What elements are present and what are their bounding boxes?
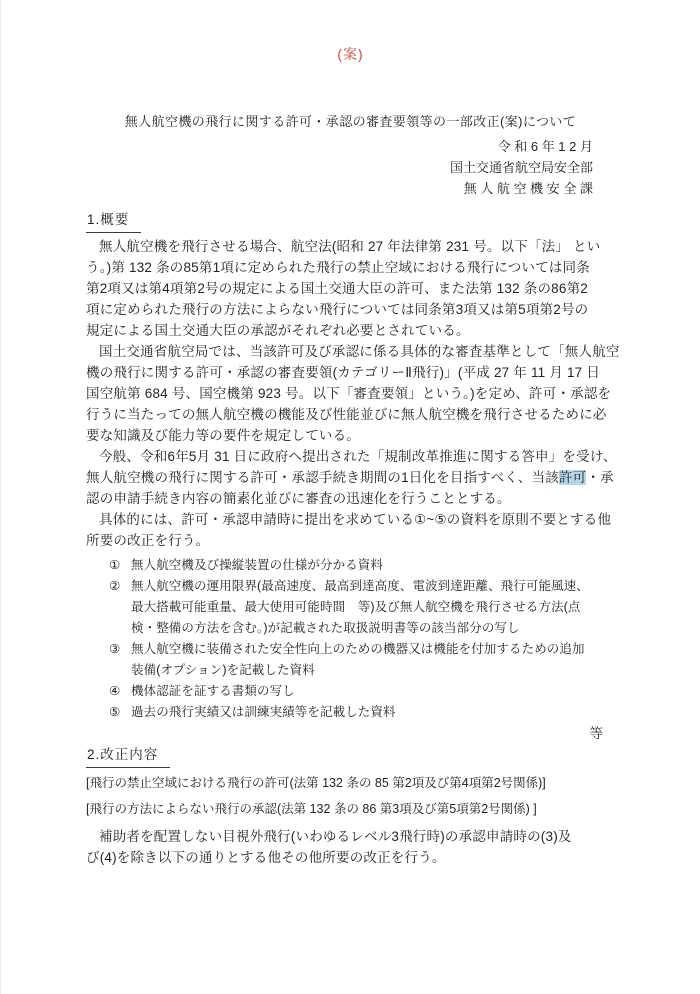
paragraph-line: 認の申請手続き内容の簡素化並びに審査の迅速化を行うこととする。: [86, 488, 615, 509]
line-post-text: ・承: [586, 470, 613, 485]
list-item-2-marker: ②: [86, 576, 131, 639]
overview-paragraph-3: 今般、令和6年5月 31 日に政府へ提出された「規制改革推進に関する答申」を受け…: [86, 446, 615, 509]
list-item-4-text: 機体認証を証する書類の写し: [131, 681, 615, 702]
list-item-2: ② 無人航空機の運用限界(最高速度、最高到達高度、電波到達距離、飛行可能風速、最…: [86, 576, 615, 639]
overview-paragraph-2: 国土交通省航空局では、当該許可及び承認に係る具体的な審査基準として「無人航空機の…: [86, 341, 615, 446]
paragraph-line: 無人航空機を飛行させる場合、航空法(昭和 27 年法律第 231 号。以下「法」…: [86, 236, 615, 257]
list-item-5-text: 過去の飛行実績又は訓練実績等を記載した資料: [131, 702, 615, 723]
line-pre-text: 無人航空機の飛行に関する許可・承認手続き期間の1日化を目指すべく、当該: [86, 470, 559, 485]
paragraph-line: 具体的には、許可・承認申請時に提出を求めている①~⑤の資料を原則不要とする他: [86, 509, 615, 530]
doc-date: 令 和 6 年 1 2 月: [86, 136, 593, 157]
paragraph-line: 無人航空機に装備された安全性向上のための機器又は機能を付加するための追加: [131, 639, 615, 660]
amendment-paragraph: 補助者を配置しない目視外飛行(いわゆるレベル3飛行時)の承認申請時の(3)及び(…: [86, 826, 615, 868]
paragraph-line: 最大搭載可能重量、最大使用可能時間 等)及び無人航空機を飛行させる方法(点: [131, 597, 615, 618]
section1-heading-text: 1.概要: [86, 209, 141, 233]
list-item-2-text: 無人航空機の運用限界(最高速度、最高到達高度、電波到達距離、飛行可能風速、最大搭…: [131, 576, 615, 639]
doc-org-division: 無 人 航 空 機 安 全 課: [86, 178, 593, 199]
paragraph-line: 過去の飛行実績又は訓練実績等を記載した資料: [131, 702, 615, 723]
overview-paragraph-4: 具体的には、許可・承認申請時に提出を求めている①~⑤の資料を原則不要とする他所要…: [86, 509, 615, 551]
section1-heading: 1.概要: [86, 209, 615, 233]
document-title: 無人航空機の飛行に関する許可・承認の審査要領等の一部改正(案)について: [86, 111, 615, 132]
amendment-scope-approval: [飛行の方法によらない飛行の承認(法第 132 条の 86 第3項及び第5項第2…: [86, 799, 615, 820]
paragraph-line: 項に定められた飛行の方法によらない飛行については同条第3項又は第5項第2号の: [86, 299, 615, 320]
list-item-3-marker: ③: [86, 639, 131, 681]
list-item-3: ③ 無人航空機に装備された安全性向上のための機器又は機能を付加するための追加装備…: [86, 639, 615, 681]
paragraph-line: 所要の改正を行う。: [86, 530, 615, 551]
list-item-1-text: 無人航空機及び操縦装置の仕様が分かる資料: [131, 555, 615, 576]
paragraph-line: 無人航空機の運用限界(最高速度、最高到達高度、電波到達距離、飛行可能風速、: [131, 576, 615, 597]
document-page: (案) 無人航空機の飛行に関する許可・承認の審査要領等の一部改正(案)について …: [0, 0, 700, 994]
section2-heading: 2.改正内容: [86, 744, 615, 768]
etc-label: 等: [86, 723, 615, 744]
section2-heading-text: 2.改正内容: [86, 744, 170, 768]
list-item-3-text: 無人航空機に装備された安全性向上のための機器又は機能を付加するための追加装備(オ…: [131, 639, 615, 681]
paragraph-line: 装備(オプション)を記載した資料: [131, 660, 615, 681]
document-numbered-list: ① 無人航空機及び操縦装置の仕様が分かる資料 ② 無人航空機の運用限界(最高速度…: [86, 555, 615, 723]
highlighted-text: 許可: [559, 470, 586, 485]
amendment-scope-permission: [飛行の禁止空域における飛行の許可(法第 132 条の 85 第2項及び第4項第…: [86, 773, 615, 794]
paragraph-line: 国空航第 684 号、国空機第 923 号。以下「審査要領」という。)を定め、許…: [86, 383, 615, 404]
doc-org-department: 国土交通省航空局安全部: [86, 157, 593, 178]
paragraph-line: う。)第 132 条の85第1項に定められた飛行の禁止空域における飛行については…: [86, 257, 615, 278]
paragraph-line: び(4)を除き以下の通りとする他その他所要の改正を行う。: [86, 847, 615, 868]
paragraph-line: 検・整備の方法を含む。)が記載された取扱説明書等の該当部分の写し: [131, 618, 615, 639]
document-meta: 令 和 6 年 1 2 月 国土交通省航空局安全部 無 人 航 空 機 安 全 …: [86, 136, 593, 199]
paragraph-line: 行うに当たっての無人航空機の機能及び性能並びに無人航空機を飛行させるために必: [86, 404, 615, 425]
paragraph-line: 国土交通省航空局では、当該許可及び承認に係る具体的な審査基準として「無人航空: [86, 341, 615, 362]
paragraph-line: 規定による国土交通大臣の承認がそれぞれ必要とされている。: [86, 320, 615, 341]
paragraph-line: 今般、令和6年5月 31 日に政府へ提出された「規制改革推進に関する答申」を受け…: [86, 446, 615, 467]
list-item-1: ① 無人航空機及び操縦装置の仕様が分かる資料: [86, 555, 615, 576]
list-item-1-marker: ①: [86, 555, 131, 576]
paragraph-line: 機体認証を証する書類の写し: [131, 681, 615, 702]
draft-label: (案): [86, 44, 615, 65]
paragraph-line: 第2項又は第4項第2号の規定による国土交通大臣の許可、また法第 132 条の86…: [86, 278, 615, 299]
paragraph-line: 無人航空機及び操縦装置の仕様が分かる資料: [131, 555, 615, 576]
list-item-4-marker: ④: [86, 681, 131, 702]
list-item-5: ⑤ 過去の飛行実績又は訓練実績等を記載した資料: [86, 702, 615, 723]
paragraph-line: 要な知識及び能力等の要件を規定している。: [86, 425, 615, 446]
paragraph-line: 機の飛行に関する許可・承認の審査要領(カテゴリーⅡ飛行)」(平成 27 年 11…: [86, 362, 615, 383]
list-item-5-marker: ⑤: [86, 702, 131, 723]
list-item-4: ④ 機体認証を証する書類の写し: [86, 681, 615, 702]
paragraph-line: 補助者を配置しない目視外飛行(いわゆるレベル3飛行時)の承認申請時の(3)及: [86, 826, 615, 847]
paragraph-line-with-highlight: 無人航空機の飛行に関する許可・承認手続き期間の1日化を目指すべく、当該許可・承: [86, 467, 615, 488]
overview-paragraph-1: 無人航空機を飛行させる場合、航空法(昭和 27 年法律第 231 号。以下「法」…: [86, 236, 615, 341]
